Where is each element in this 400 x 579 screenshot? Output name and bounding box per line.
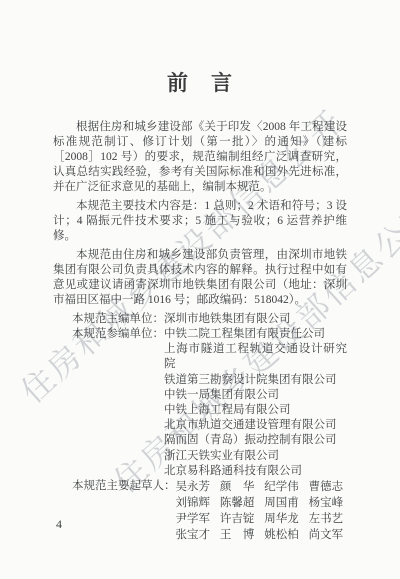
participant-unit: 中铁二院工程集团有限责任公司	[164, 327, 347, 342]
drafter-name: 吴永芳	[176, 479, 214, 495]
drafter-name: 纪学伟	[264, 479, 302, 495]
drafter-name: 王 博	[220, 527, 258, 543]
drafter-name: 颜 华	[220, 479, 258, 495]
drafter-name: 尚文军	[309, 527, 347, 543]
drafter-name: 周国甫	[264, 495, 302, 511]
participant-unit: 中铁一局集团有限公司	[164, 388, 347, 403]
participant-unit: 北京易科路通科技有限公司	[164, 464, 347, 479]
participant-units-list: 中铁二院工程集团有限责任公司 上海市隧道工程轨道交通设计研究院 铁道第三勘察设计…	[164, 327, 347, 479]
participant-unit: 上海市隧道工程轨道交通设计研究院	[164, 342, 347, 372]
drafter-name: 曹德志	[309, 479, 347, 495]
paragraph-management: 本规范由住房和城乡建设部负责管理，由深圳市地铁集团有限公司负责具体技术内容的解释…	[53, 248, 347, 308]
page-title: 前 言	[53, 73, 347, 94]
drafter-name: 张宝才	[176, 527, 214, 543]
participant-unit: 铁道第三勘察设计院集团有限公司	[164, 373, 347, 388]
drafter-name: 尹学军	[176, 511, 214, 527]
drafters-row: 本规范主要起草人： 吴永芳 颜 华 纪学伟 曹德志 刘锦辉 陈馨超 周国甫 杨宝…	[53, 479, 347, 543]
chief-editor-label: 本规范主编单位：	[53, 312, 164, 327]
participant-unit: 北京市轨道交通建设管理有限公司	[164, 418, 347, 433]
participants-label: 本规范参编单位：	[53, 327, 164, 479]
drafter-name: 刘锦辉	[176, 495, 214, 511]
page-content: 前 言 根据住房和城乡建设部《关于印发〈2008 年工程建设标准规范制订、修订计…	[53, 73, 347, 543]
chief-editor-value: 深圳市地铁集团有限公司	[164, 312, 291, 327]
drafter-name: 姚松柏	[264, 527, 302, 543]
participants-row: 本规范参编单位： 中铁二院工程集团有限责任公司 上海市隧道工程轨道交通设计研究院…	[53, 327, 347, 479]
paragraph-basis: 根据住房和城乡建设部《关于印发〈2008 年工程建设标准规范制订、修订计划（第一…	[53, 120, 347, 195]
participant-unit: 中铁上海工程局有限公司	[164, 403, 347, 418]
drafter-name: 许吉锭	[220, 511, 258, 527]
chief-editor-row: 本规范主编单位： 深圳市地铁集团有限公司	[53, 312, 347, 327]
drafter-name: 周华龙	[264, 511, 302, 527]
page-number: 4	[56, 517, 62, 532]
paragraph-contents: 本规范主要技术内容是：1 总则；2 术语和符号；3 设计；4 隔振元件技术要求；…	[53, 199, 347, 244]
document-page: 住房和城乡建设部信息公开 住房和城乡建设部信息公开 前 言 根据住房和城乡建设部…	[0, 0, 400, 579]
drafters-label: 本规范主要起草人：	[53, 479, 176, 543]
participant-unit: 浙江天铁实业有限公司	[164, 449, 347, 464]
participant-unit: 隔而固（青岛）振动控制有限公司	[164, 433, 347, 448]
drafter-name: 陈馨超	[220, 495, 258, 511]
drafters-name-grid: 吴永芳 颜 华 纪学伟 曹德志 刘锦辉 陈馨超 周国甫 杨宝峰 尹学军 许吉锭 …	[176, 479, 348, 543]
drafter-name: 左书艺	[309, 511, 347, 527]
drafter-name: 杨宝峰	[309, 495, 347, 511]
